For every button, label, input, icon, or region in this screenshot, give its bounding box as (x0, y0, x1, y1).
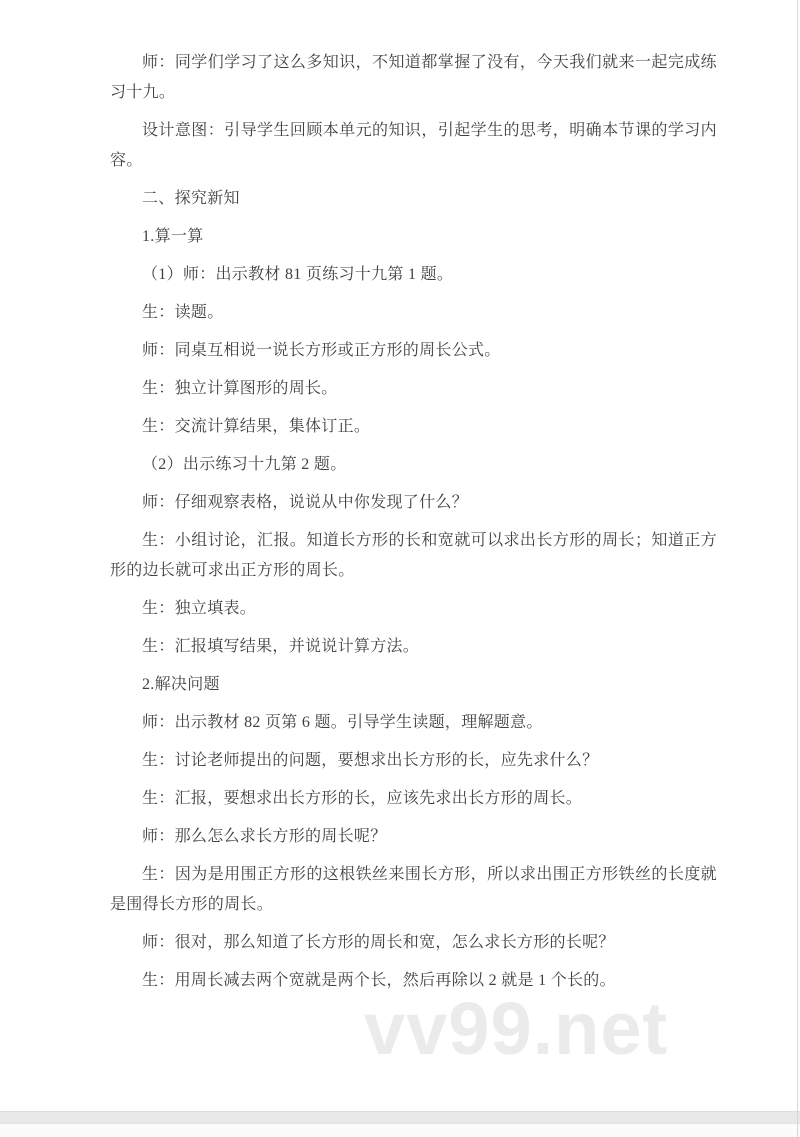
page-right-border (797, 0, 798, 1137)
doc-paragraph: 师：出示教材 82 页第 6 题。引导学生读题，理解题意。 (110, 708, 717, 738)
doc-paragraph: 生：独立计算图形的周长。 (110, 374, 717, 404)
next-page-edge (0, 1124, 800, 1137)
doc-paragraph: 师：同学们学习了这么多知识，不知道都掌握了没有，今天我们就来一起完成练习十九。 (110, 48, 717, 108)
doc-paragraph: 生：讨论老师提出的问题，要想求出长方形的长，应先求什么？ (110, 746, 717, 776)
doc-paragraph: 生：因为是用围正方形的这根铁丝来围长方形，所以求出围正方形铁丝的长度就是围得长方… (110, 860, 717, 920)
doc-paragraph: 生：交流计算结果，集体订正。 (110, 412, 717, 442)
doc-paragraph: 生：汇报，要想求出长方形的长，应该先求出长方形的周长。 (110, 784, 717, 814)
doc-paragraph: （1）师：出示教材 81 页练习十九第 1 题。 (110, 260, 717, 290)
doc-paragraph: （2）出示练习十九第 2 题。 (110, 450, 717, 480)
doc-paragraph: 生：用周长减去两个宽就是两个长，然后再除以 2 就是 1 个长的。 (110, 966, 717, 996)
doc-paragraph: 生：汇报填写结果，并说说计算方法。 (110, 632, 717, 662)
section-heading: 二、探究新知 (110, 184, 717, 214)
doc-paragraph: 师：很对，那么知道了长方形的周长和宽，怎么求长方形的长呢？ (110, 928, 717, 958)
doc-paragraph: 生：独立填表。 (110, 594, 717, 624)
document-viewer: 师：同学们学习了这么多知识，不知道都掌握了没有，今天我们就来一起完成练习十九。 … (0, 0, 800, 1137)
section-heading: 1.算一算 (110, 222, 717, 252)
page-gap-divider (0, 1111, 800, 1124)
doc-paragraph: 生：小组讨论，汇报。知道长方形的长和宽就可以求出长方形的周长；知道正方形的边长就… (110, 526, 717, 586)
doc-paragraph: 师：仔细观察表格，说说从中你发现了什么？ (110, 488, 717, 518)
document-page: 师：同学们学习了这么多知识，不知道都掌握了没有，今天我们就来一起完成练习十九。 … (0, 0, 796, 1111)
doc-paragraph: 师：同桌互相说一说长方形或正方形的周长公式。 (110, 336, 717, 366)
page-content: 师：同学们学习了这么多知识，不知道都掌握了没有，今天我们就来一起完成练习十九。 … (110, 48, 717, 1004)
section-heading: 2.解决问题 (110, 670, 717, 700)
doc-paragraph: 设计意图：引导学生回顾本单元的知识，引起学生的思考，明确本节课的学习内容。 (110, 116, 717, 176)
doc-paragraph: 生：读题。 (110, 298, 717, 328)
doc-paragraph: 师：那么怎么求长方形的周长呢？ (110, 822, 717, 852)
